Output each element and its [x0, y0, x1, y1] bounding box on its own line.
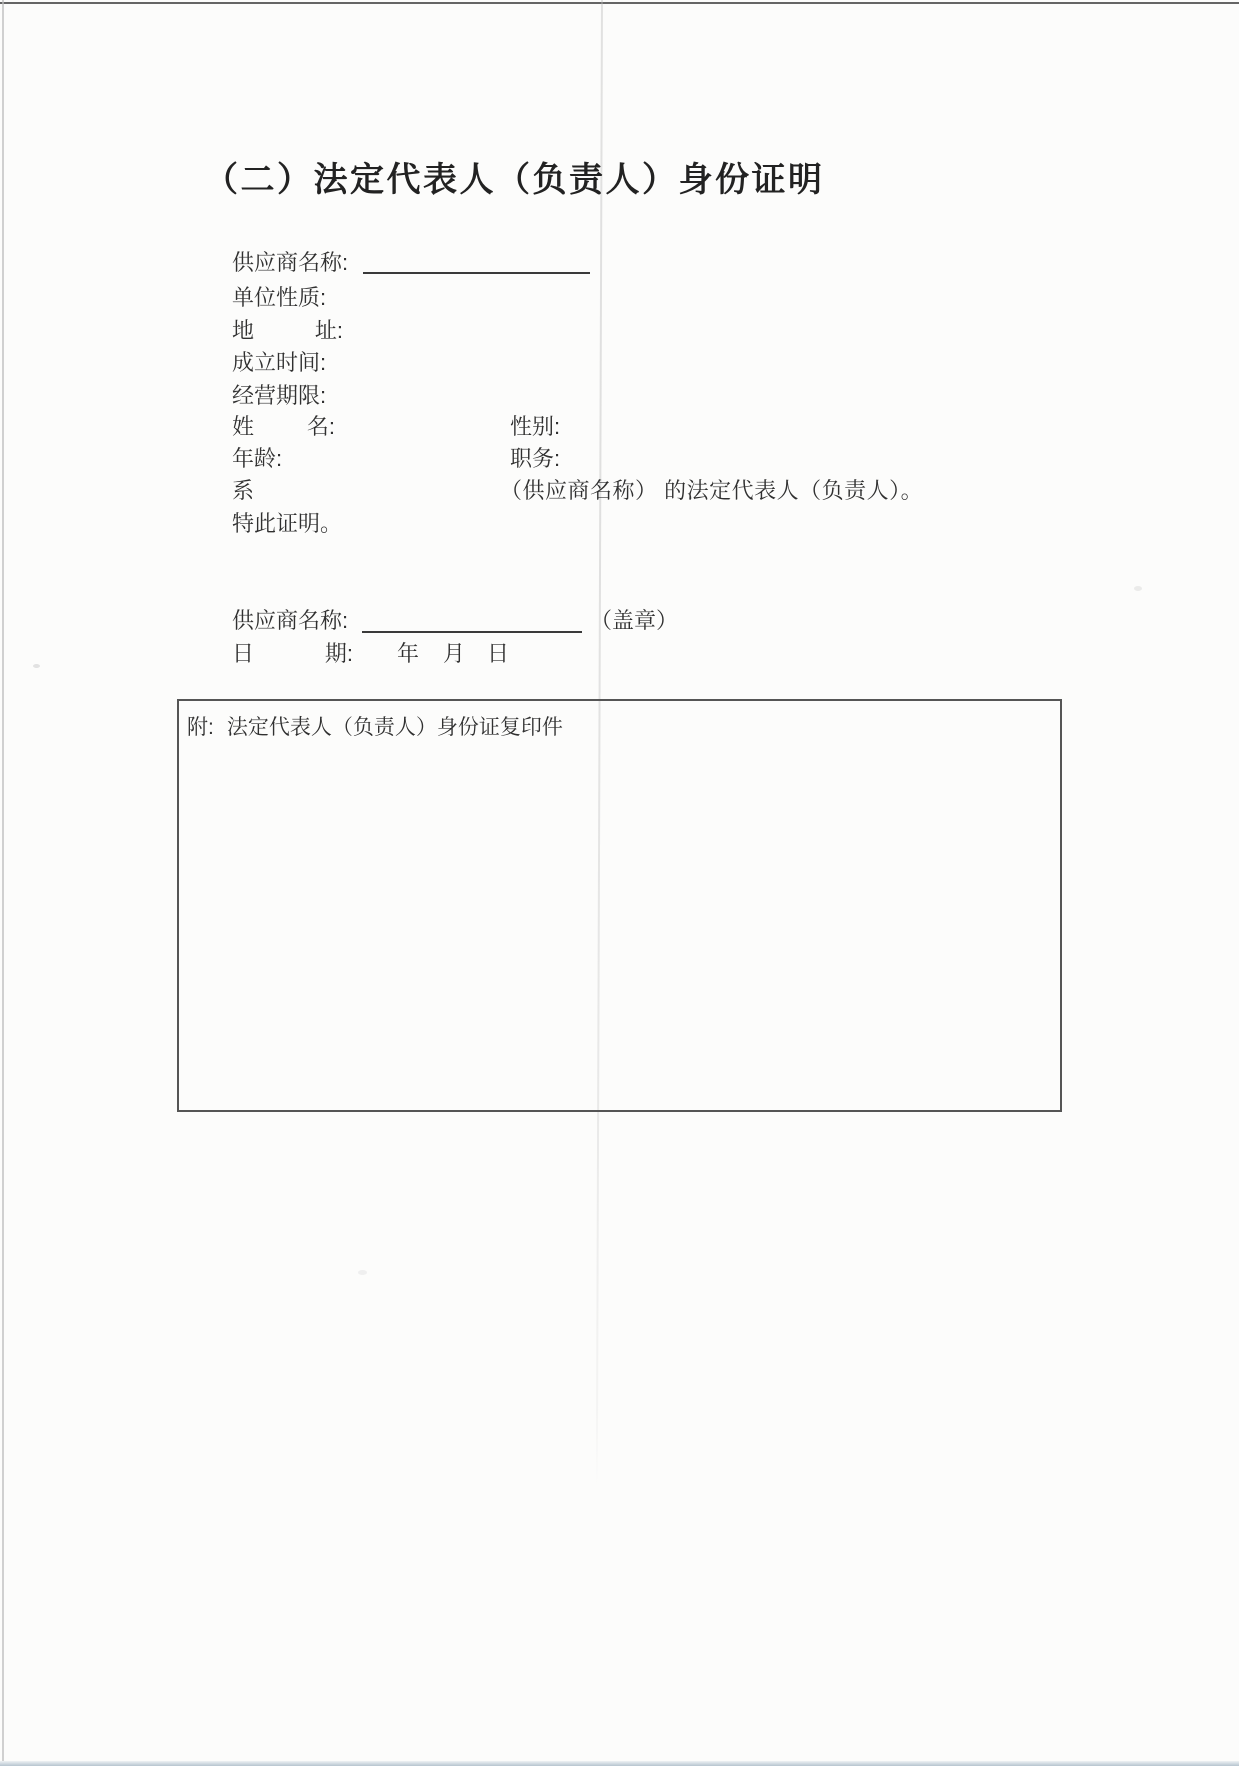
- certify-label: 特此证明。: [232, 511, 342, 536]
- page-title: （二）法定代表人（负责人）身份证明: [204, 160, 825, 201]
- is-statement-row: 系 （供应商名称） 的法定代表人（负责人）。: [232, 478, 1239, 503]
- scan-bottom-edge: [0, 1761, 1239, 1766]
- supplier-name-label: 供应商名称:: [232, 250, 348, 275]
- established-row: 成立时间:: [232, 350, 326, 375]
- scan-speck: [1134, 586, 1142, 591]
- attachment-box: 附: 法定代表人（负责人）身份证复印件: [177, 699, 1062, 1112]
- age-label: 年龄:: [232, 446, 282, 471]
- date-label: 日 期:: [232, 641, 353, 666]
- supplier-name-row: 供应商名称:: [232, 250, 348, 275]
- address-label: 地 址:: [232, 318, 343, 343]
- age-position-row: 年龄: 职务:: [232, 446, 1239, 471]
- address-row: 地 址:: [232, 318, 343, 343]
- attachment-box-text: 附: 法定代表人（负责人）身份证复印件: [179, 701, 1060, 740]
- document-page: （二）法定代表人（负责人）身份证明 供应商名称: 单位性质: 地 址: 成立时间…: [0, 0, 1239, 1766]
- signature-blank-line: [362, 631, 582, 633]
- supplier-name-blank-line: [363, 272, 590, 274]
- scan-speck: [33, 664, 40, 668]
- gender-label: 性别:: [510, 414, 560, 439]
- attachment-content: 法定代表人（负责人）身份证复印件: [227, 715, 563, 740]
- term-label: 经营期限:: [232, 383, 326, 408]
- certify-row: 特此证明。: [232, 511, 342, 536]
- unit-nature-row: 单位性质:: [232, 285, 326, 310]
- name-gender-row: 姓 名: 性别:: [232, 414, 1239, 439]
- day-label: 日: [487, 641, 509, 666]
- signature-supplier-row: 供应商名称: （盖章）: [232, 608, 1239, 633]
- unit-nature-label: 单位性质:: [232, 285, 326, 310]
- is-statement-text: （供应商名称） 的法定代表人（负责人）。: [500, 478, 923, 503]
- signature-supplier-label: 供应商名称:: [232, 608, 348, 633]
- scan-speck: [358, 1270, 367, 1275]
- month-label: 月: [443, 641, 465, 666]
- scan-top-edge: [0, 2, 1239, 4]
- position-label: 职务:: [510, 446, 560, 471]
- seal-label: （盖章）: [590, 608, 678, 633]
- year-label: 年: [397, 641, 419, 666]
- name-label: 姓 名:: [232, 414, 335, 439]
- is-label: 系: [232, 478, 254, 503]
- term-row: 经营期限:: [232, 383, 326, 408]
- date-row: 日 期: 年 月 日: [232, 641, 1239, 666]
- established-label: 成立时间:: [232, 350, 326, 375]
- attachment-prefix: 附:: [187, 715, 214, 740]
- scan-left-edge: [2, 0, 4, 1766]
